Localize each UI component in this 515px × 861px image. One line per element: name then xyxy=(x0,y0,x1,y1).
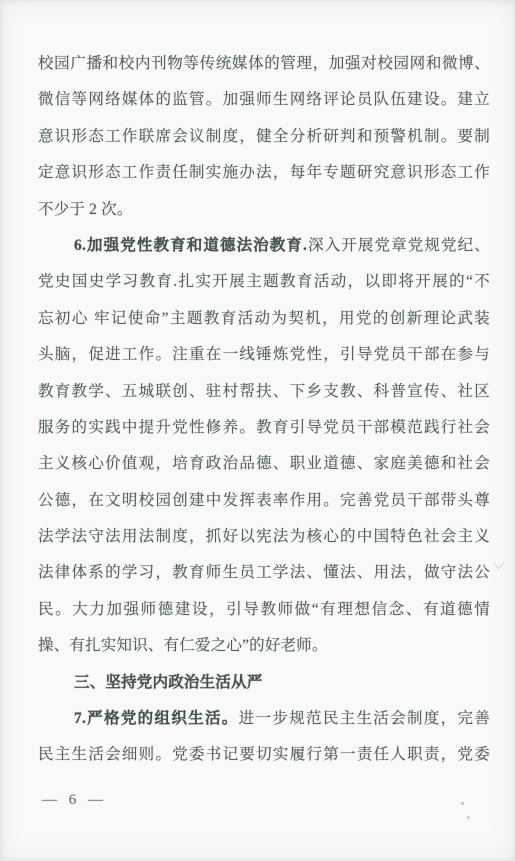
text-run: 定意识形态工作责任制实施办法，每年专题研究意识形态工作 xyxy=(38,164,490,181)
document-page: 校园广播和校内刊物等传统媒体的管理，加强对校园网和微博、微信等网络媒体的监管。加… xyxy=(0,0,515,861)
text-line: 不少于 2 次。 xyxy=(38,192,490,228)
scan-speck xyxy=(461,802,464,805)
text-line: 7.严格党的组织生活。进一步规范民主生活会制度，完善 xyxy=(38,701,490,737)
text-line: 教育教学、五城联创、驻村帮扶、下乡支教、科普宣传、社区 xyxy=(38,374,490,410)
text-run: 教育教学、五城联创、驻村帮扶、下乡支教、科普宣传、社区 xyxy=(38,383,490,400)
bold-run: 6.加强党性教育和道德法治教育. xyxy=(74,237,307,254)
text-line: 操、有扎实知识、有仁爱之心”的好老师。 xyxy=(38,628,490,664)
document-body: 校园广播和校内刊物等传统媒体的管理，加强对校园网和微博、微信等网络媒体的监管。加… xyxy=(38,46,490,774)
text-run: 法学法守法用法制度，抓好以宪法为核心的中国特色社会主义 xyxy=(38,528,490,545)
text-line: 定意识形态工作责任制实施办法，每年专题研究意识形态工作 xyxy=(38,155,490,191)
text-run: 党史国史学习教育.扎实开展主题教育活动，以即将开展的“不 xyxy=(38,273,490,290)
text-line: 服务的实践中提升党性修养。教育引导党员干部模范践行社会 xyxy=(38,410,490,446)
bold-run: 三、坚持党内政治生活从严 xyxy=(74,674,262,691)
page-number: — 6 — xyxy=(42,792,107,809)
text-run: 头脑，促进工作。注重在一线锤炼党性，引导党员干部在参与 xyxy=(38,346,490,363)
text-run: 忘初心 牢记使命”主题教育活动为契机，用党的创新理论武装 xyxy=(38,310,490,327)
text-run: 服务的实践中提升党性修养。教育引导党员干部模范践行社会 xyxy=(38,419,490,436)
text-line: 校园广播和校内刊物等传统媒体的管理，加强对校园网和微博、 xyxy=(38,46,490,82)
text-run: 主义核心价值观，培育政治品德、职业道德、家庭美德和社会 xyxy=(38,455,490,472)
text-line: 忘初心 牢记使命”主题教育活动为契机，用党的创新理论武装 xyxy=(38,301,490,337)
bold-run: 7.严格党的组织生活。 xyxy=(74,710,239,727)
text-run: 公德，在文明校园创建中发挥表率作用。完善党员干部带头尊 xyxy=(38,492,490,509)
scan-speck xyxy=(467,816,470,819)
text-line: 头脑，促进工作。注重在一线锤炼党性，引导党员干部在参与 xyxy=(38,337,490,373)
text-line: 6.加强党性教育和道德法治教育.深入开展党章党规党纪、 xyxy=(38,228,490,264)
text-line: 意识形态工作联席会议制度，健全分析研判和预警机制。要制 xyxy=(38,119,490,155)
text-run: 法律体系的学习，教育师生员工学法、懂法、用法，做守法公 xyxy=(38,564,490,581)
text-run: 民。大力加强师德建设，引导教师做“有理想信念、有道德情 xyxy=(38,601,490,618)
text-line: 法律体系的学习，教育师生员工学法、懂法、用法，做守法公 xyxy=(38,555,490,591)
text-line: 主义核心价值观，培育政治品德、职业道德、家庭美德和社会 xyxy=(38,446,490,482)
text-line: 民主生活会细则。党委书记要切实履行第一责任人职责，党委 xyxy=(38,737,490,773)
text-line: 党史国史学习教育.扎实开展主题教育活动，以即将开展的“不 xyxy=(38,264,490,300)
text-line: 法学法守法用法制度，抓好以宪法为核心的中国特色社会主义 xyxy=(38,519,490,555)
text-run: 校园广播和校内刊物等传统媒体的管理，加强对校园网和微博、 xyxy=(38,55,490,72)
text-run: 进一步规范民主生活会制度，完善 xyxy=(239,710,490,727)
text-run: 操、有扎实知识、有仁爱之心”的好老师。 xyxy=(38,637,328,654)
text-run: 民主生活会细则。党委书记要切实履行第一责任人职责，党委 xyxy=(38,746,490,763)
scan-smudge xyxy=(493,555,504,569)
text-run: 深入开展党章党规党纪、 xyxy=(307,237,490,254)
text-line: 公德，在文明校园创建中发挥表率作用。完善党员干部带头尊 xyxy=(38,483,490,519)
text-run: 不少于 2 次。 xyxy=(38,201,133,218)
text-run: 微信等网络媒体的监管。加强师生网络评论员队伍建设。建立 xyxy=(38,91,490,108)
text-line: 三、坚持党内政治生活从严 xyxy=(38,665,490,701)
text-line: 民。大力加强师德建设，引导教师做“有理想信念、有道德情 xyxy=(38,592,490,628)
text-run: 意识形态工作联席会议制度，健全分析研判和预警机制。要制 xyxy=(38,128,490,145)
text-line: 微信等网络媒体的监管。加强师生网络评论员队伍建设。建立 xyxy=(38,82,490,118)
